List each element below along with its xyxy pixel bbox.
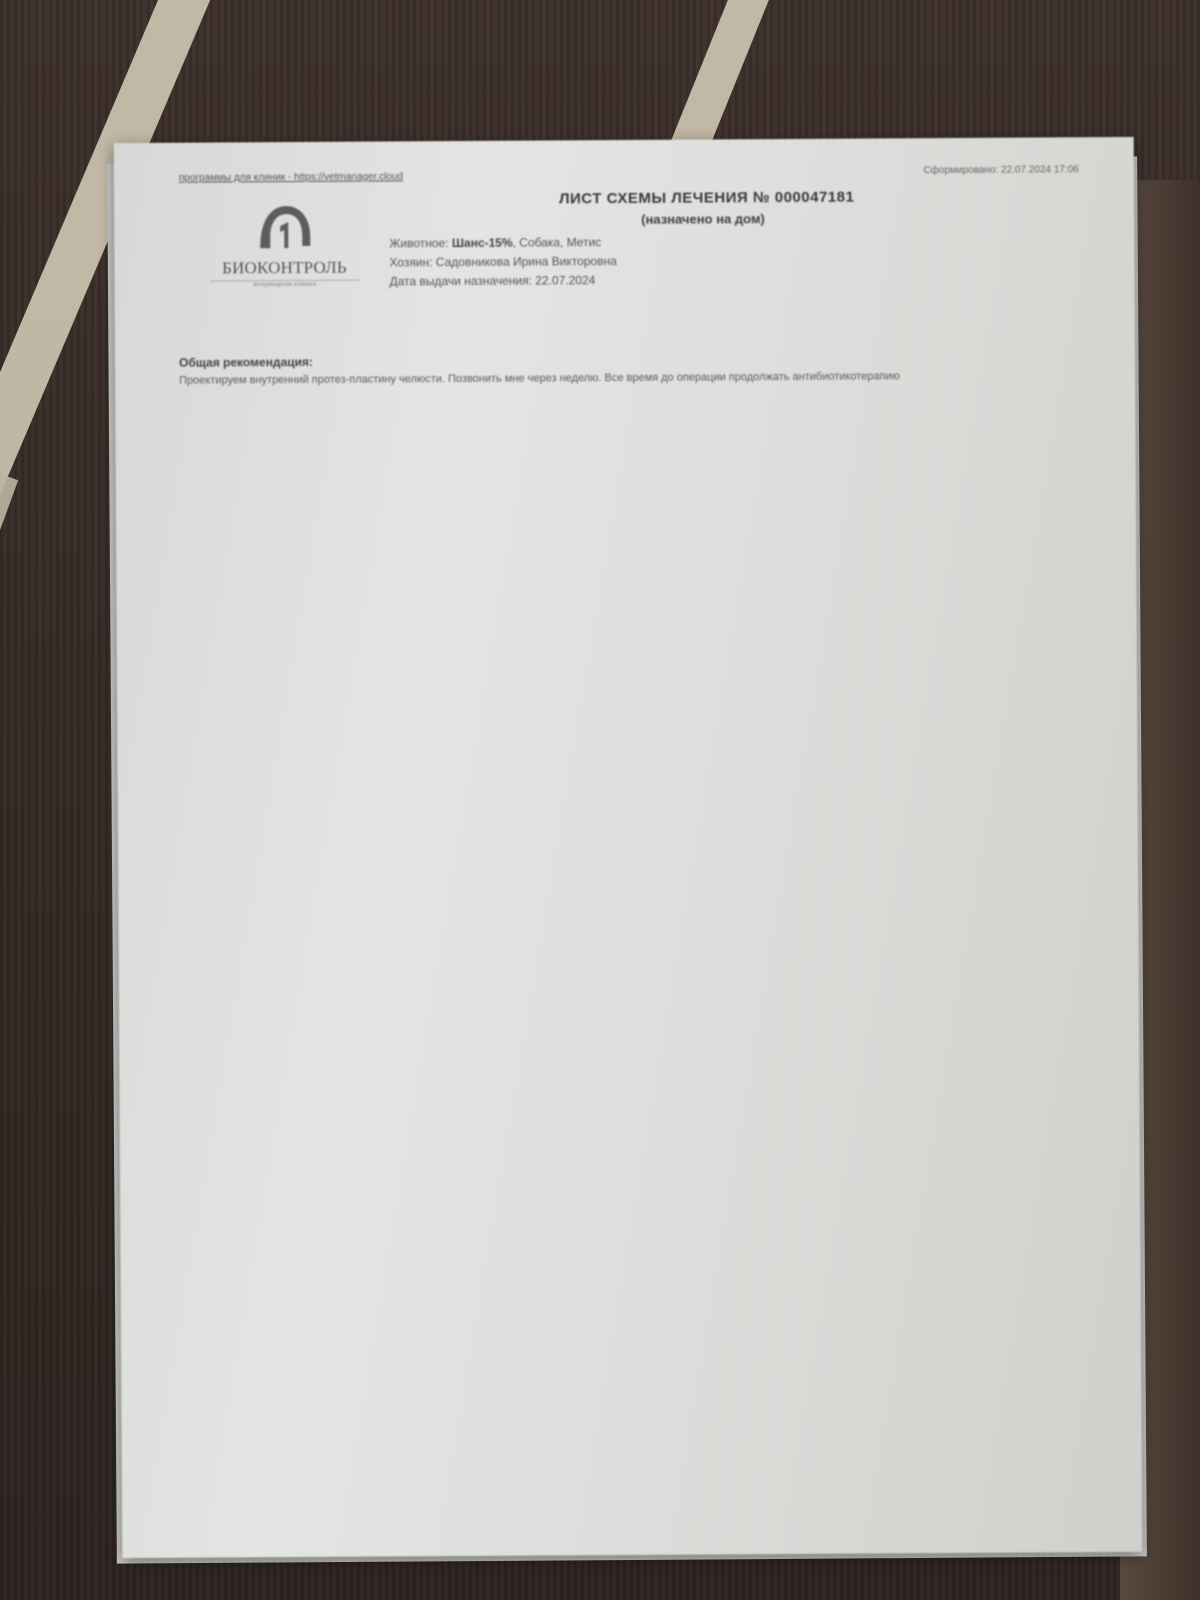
- document-title: ЛИСТ СХЕМЫ ЛЕЧЕНИЯ № 000047181: [559, 189, 854, 208]
- owner-label: Хозяин:: [389, 255, 432, 269]
- printed-timestamp: Сформировано: 22.07.2024 17:06: [923, 164, 1078, 176]
- issue-date: 22.07.2024: [535, 273, 595, 287]
- arch-logo-icon: [254, 202, 314, 254]
- owner-row: Хозяин: Садовникова Ирина Викторовна: [389, 252, 616, 272]
- issue-date-row: Дата выдачи назначения: 22.07.2024: [389, 271, 616, 291]
- issue-date-label: Дата выдачи назначения:: [389, 274, 531, 289]
- document-subtitle: (назначено на дом): [641, 211, 765, 227]
- clinic-logo: БИОКОНТРОЛЬ ветеринарная клиника: [209, 202, 360, 303]
- clinic-name: БИОКОНТРОЛЬ: [209, 258, 359, 279]
- patient-info: Животное: Шанс-15%, Собака, Метис Хозяин…: [389, 233, 617, 291]
- owner-name: Садовникова Ирина Викторовна: [436, 254, 617, 269]
- animal-label: Животное:: [389, 236, 448, 250]
- animal-details: , Собака, Метис: [513, 235, 602, 250]
- animal-row: Животное: Шанс-15%, Собака, Метис: [389, 233, 616, 253]
- recommendations-heading: Общая рекомендация:: [179, 355, 313, 370]
- recommendations-text: Проектируем внутренний протез-пластину ч…: [179, 367, 1069, 388]
- header-link: программы для клиник - https://vetmanage…: [179, 171, 403, 183]
- animal-name: Шанс-15%: [452, 236, 513, 250]
- treatment-sheet: программы для клиник - https://vetmanage…: [114, 137, 1143, 1558]
- clinic-tagline: ветеринарная клиника: [210, 280, 360, 289]
